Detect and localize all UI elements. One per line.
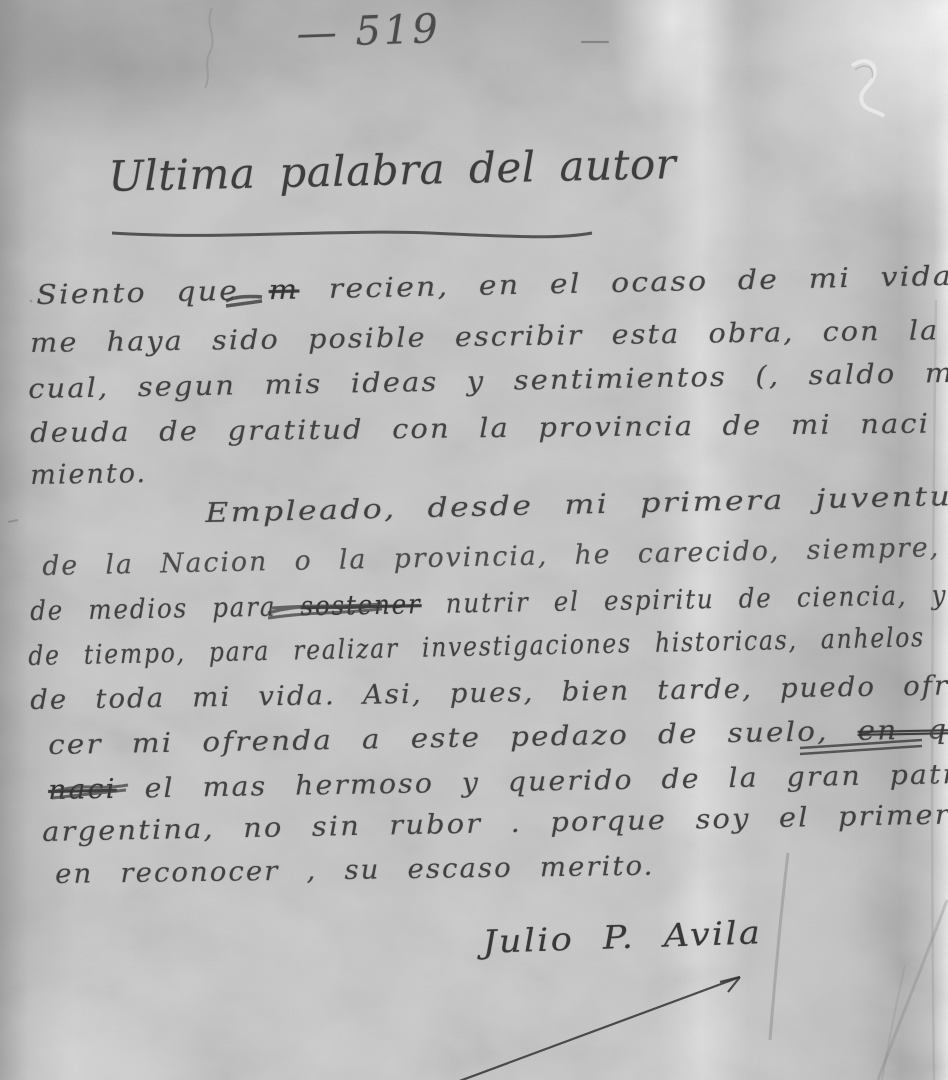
crossed-out-words: en que (857, 714, 948, 747)
handwritten-line: en reconocer , su escaso merito. (55, 853, 655, 888)
page-number: — 519 (296, 9, 441, 54)
signature: Julio P. Avila (482, 916, 763, 958)
line-text: de medios para (30, 592, 277, 627)
scribbled-out-word: m (268, 274, 299, 306)
handwritten-line: miento. (30, 460, 147, 489)
manuscript-scan: — 519 — Ultima palabra del autor Siento … (0, 0, 948, 1080)
page-number-dash: — (580, 26, 610, 56)
scribbled-out-word: sostener (300, 589, 422, 622)
document-title: Ultima palabra del autor (108, 143, 677, 198)
scribbled-out-word: naci (48, 774, 117, 806)
line-text: Siento que (36, 276, 240, 311)
